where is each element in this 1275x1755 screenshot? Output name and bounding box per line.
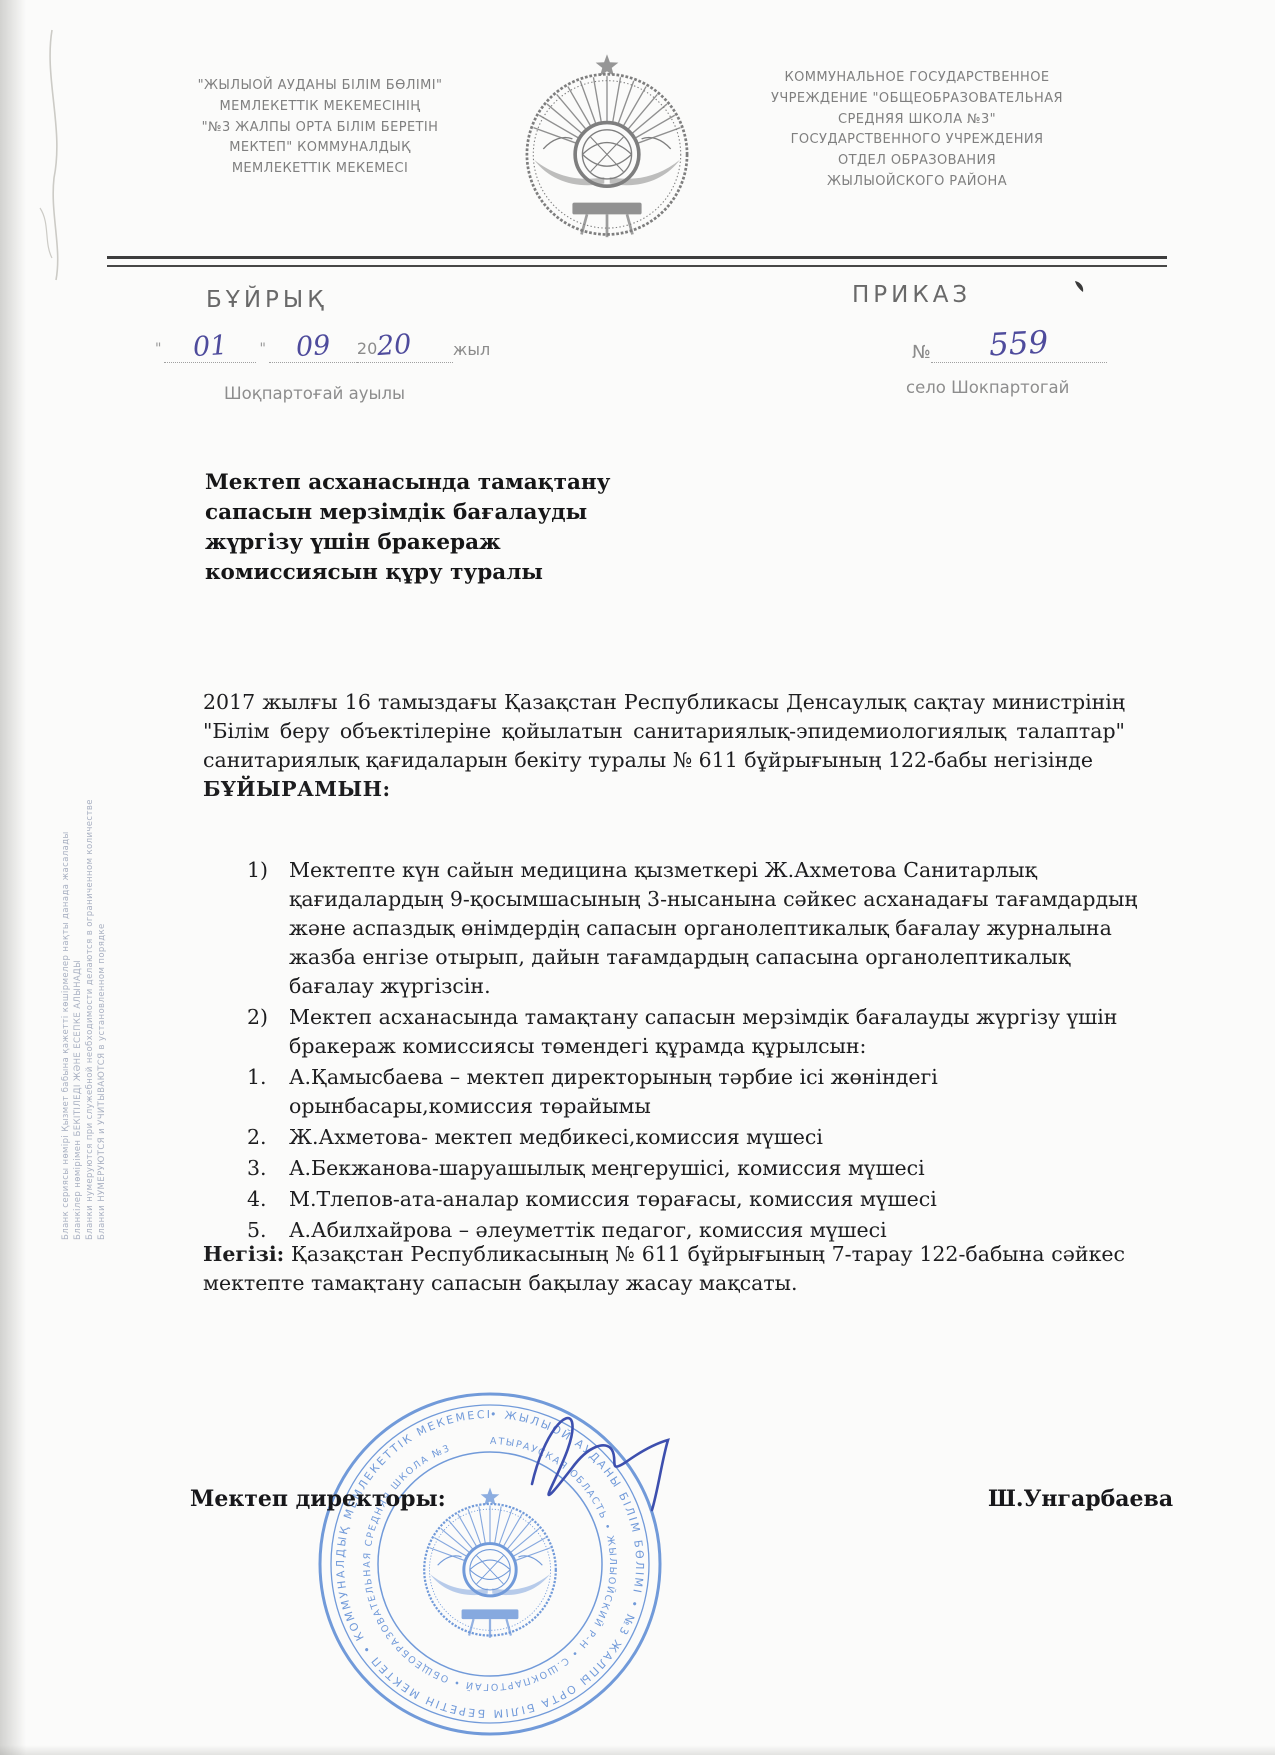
- director-name: Ш.Унгарбаева: [988, 1486, 1173, 1512]
- printed-century: 20: [357, 339, 377, 362]
- member-marker: 3.: [247, 1154, 289, 1183]
- org-left-line: МЕКТЕП" КОММУНАЛДЫҚ: [120, 138, 520, 159]
- order-date: " 01 " 09 2020 жыл: [152, 330, 490, 363]
- pen-mark-artifact: [1074, 280, 1086, 294]
- commission-member-row: 1. А.Қамысбаева – мектеп директорының тә…: [247, 1063, 1139, 1121]
- item-marker: 1): [247, 856, 289, 1001]
- pencil-scan-artifact: [30, 18, 100, 288]
- director-role-label: Мектеп директоры:: [190, 1486, 446, 1512]
- item-text: Мектепте күн сайын медицина қызметкері Ж…: [289, 856, 1139, 1001]
- margin-note-line: Бланк сериясы нөмірі Қызмет бабына қажет…: [60, 540, 72, 1240]
- member-text: Ж.Ахметова- мектеп медбикесі,комиссия мү…: [289, 1123, 1139, 1152]
- org-right-line: ОТДЕЛ ОБРАЗОВАНИЯ: [706, 151, 1128, 172]
- margin-note-line: Бланкілер нөмірімен БЕКІТІЛЕДІ ЖӘНЕ ЕСЕП…: [72, 540, 84, 1240]
- basis-label: Негізі:: [203, 1242, 284, 1266]
- member-text: А.Бекжанова-шаруашылық меңгерушісі, коми…: [289, 1154, 1139, 1183]
- subject-line: жүргізу үшін бракераж: [205, 528, 610, 558]
- order-subject: Мектеп асханасында тамақтану сапасын мер…: [205, 468, 610, 588]
- member-marker: 4.: [247, 1185, 289, 1214]
- subject-line: комиссиясын құру туралы: [205, 558, 610, 588]
- item-text: Мектеп асханасында тамақтану сапасын мер…: [289, 1003, 1139, 1061]
- member-text: М.Тлепов-ата-аналар комиссия төрағасы, к…: [289, 1185, 1139, 1214]
- org-right-line: ГОСУДАРСТВЕННОГО УЧРЕЖДЕНИЯ: [706, 130, 1128, 151]
- place-russian: село Шокпартогай: [906, 378, 1069, 397]
- order-title-russian: ПРИКАЗ: [852, 282, 971, 308]
- date-day-field: 01: [164, 331, 256, 363]
- number-field: 559: [931, 326, 1107, 363]
- margin-note-line: Бланки НУМЕРУЮТСЯ и УЧИТЫВАЮТСЯ в устано…: [96, 540, 108, 1240]
- org-left-line: МЕМЛЕКЕТТІК МЕКЕМЕСІНІҢ: [120, 97, 520, 118]
- year-word: жыл: [453, 340, 490, 363]
- member-marker: 2.: [247, 1123, 289, 1152]
- kazakhstan-emblem-icon: [516, 52, 698, 244]
- member-text: А.Қамысбаева – мектеп директорының тәрби…: [289, 1063, 1139, 1121]
- member-marker: 1.: [247, 1063, 289, 1121]
- subject-line: Мектеп асханасында тамақтану: [205, 468, 610, 498]
- header-divider-rule: [107, 256, 1167, 267]
- date-year-field: 2020: [357, 330, 453, 363]
- scanned-order-document: "ЖЫЛЫОЙ АУДАНЫ БІЛІМ БӨЛІМІ" МЕМЛЕКЕТТІК…: [0, 0, 1275, 1755]
- item-marker: 2): [247, 1003, 289, 1061]
- order-number: № 559: [912, 326, 1107, 363]
- subject-line: сапасын мерзімдік бағалауды: [205, 498, 610, 528]
- preamble-text: 2017 жылғы 16 тамыздағы Қазақстан Респуб…: [203, 690, 1125, 772]
- open-quote: ": [152, 341, 164, 363]
- list-item: 2) Мектеп асханасында тамақтану сапасын …: [247, 1003, 1139, 1061]
- handwritten-month: 09: [295, 330, 331, 363]
- scan-edge-shadow-bottom: [0, 1745, 1275, 1755]
- org-left-line: МЕМЛЕКЕТТІК МЕКЕМЕСІ: [120, 159, 520, 180]
- form-margin-note: Бланк сериясы нөмірі Қызмет бабына қажет…: [60, 540, 108, 1240]
- basis-text: Қазақстан Республикасының № 611 бұйрығын…: [203, 1242, 1125, 1295]
- org-right-line: КОММУНАЛЬНОЕ ГОСУДАРСТВЕННОЕ: [706, 68, 1128, 89]
- org-name-russian: КОММУНАЛЬНОЕ ГОСУДАРСТВЕННОЕ УЧРЕЖДЕНИЕ …: [706, 68, 1128, 193]
- scan-edge-shadow: [0, 0, 26, 1755]
- org-left-line: "№3 ЖАЛПЫ ОРТА БІЛІМ БЕРЕТІН: [120, 118, 520, 139]
- order-lists: 1) Мектепте күн сайын медицина қызметкер…: [247, 856, 1139, 1247]
- org-right-line: СРЕДНЯЯ ШКОЛА №3": [706, 110, 1128, 131]
- org-right-line: ЖЫЛЫОЙСКОГО РАЙОНА: [706, 172, 1128, 193]
- commission-member-row: 2. Ж.Ахметова- мектеп медбикесі,комиссия…: [247, 1123, 1139, 1152]
- director-handwritten-signature: [512, 1398, 702, 1523]
- number-label: №: [912, 342, 931, 363]
- handwritten-day: 01: [192, 330, 228, 363]
- commission-member-row: 4. М.Тлепов-ата-аналар комиссия төрағасы…: [247, 1185, 1139, 1214]
- order-title-kazakh: БҰЙРЫҚ: [206, 287, 328, 313]
- preamble: 2017 жылғы 16 тамыздағы Қазақстан Респуб…: [203, 688, 1125, 804]
- close-quote: ": [256, 341, 268, 363]
- place-kazakh: Шоқпартоғай ауылы: [224, 384, 405, 403]
- decree-word: БҰЙЫРАМЫН:: [203, 775, 1125, 804]
- handwritten-year: 20: [376, 329, 412, 362]
- org-left-line: "ЖЫЛЫОЙ АУДАНЫ БІЛІМ БӨЛІМІ": [120, 76, 520, 97]
- date-month-field: 09: [269, 331, 357, 363]
- basis-paragraph: Негізі: Қазақстан Республикасының № 611 …: [203, 1240, 1125, 1298]
- handwritten-number: 559: [988, 324, 1049, 363]
- margin-note-line: Бланки нумеруются при служебной необходи…: [84, 540, 96, 1240]
- list-item: 1) Мектепте күн сайын медицина қызметкер…: [247, 856, 1139, 1001]
- commission-member-row: 3. А.Бекжанова-шаруашылық меңгерушісі, к…: [247, 1154, 1139, 1183]
- org-right-line: УЧРЕЖДЕНИЕ "ОБЩЕОБРАЗОВАТЕЛЬНАЯ: [706, 89, 1128, 110]
- org-name-kazakh: "ЖЫЛЫОЙ АУДАНЫ БІЛІМ БӨЛІМІ" МЕМЛЕКЕТТІК…: [120, 76, 520, 180]
